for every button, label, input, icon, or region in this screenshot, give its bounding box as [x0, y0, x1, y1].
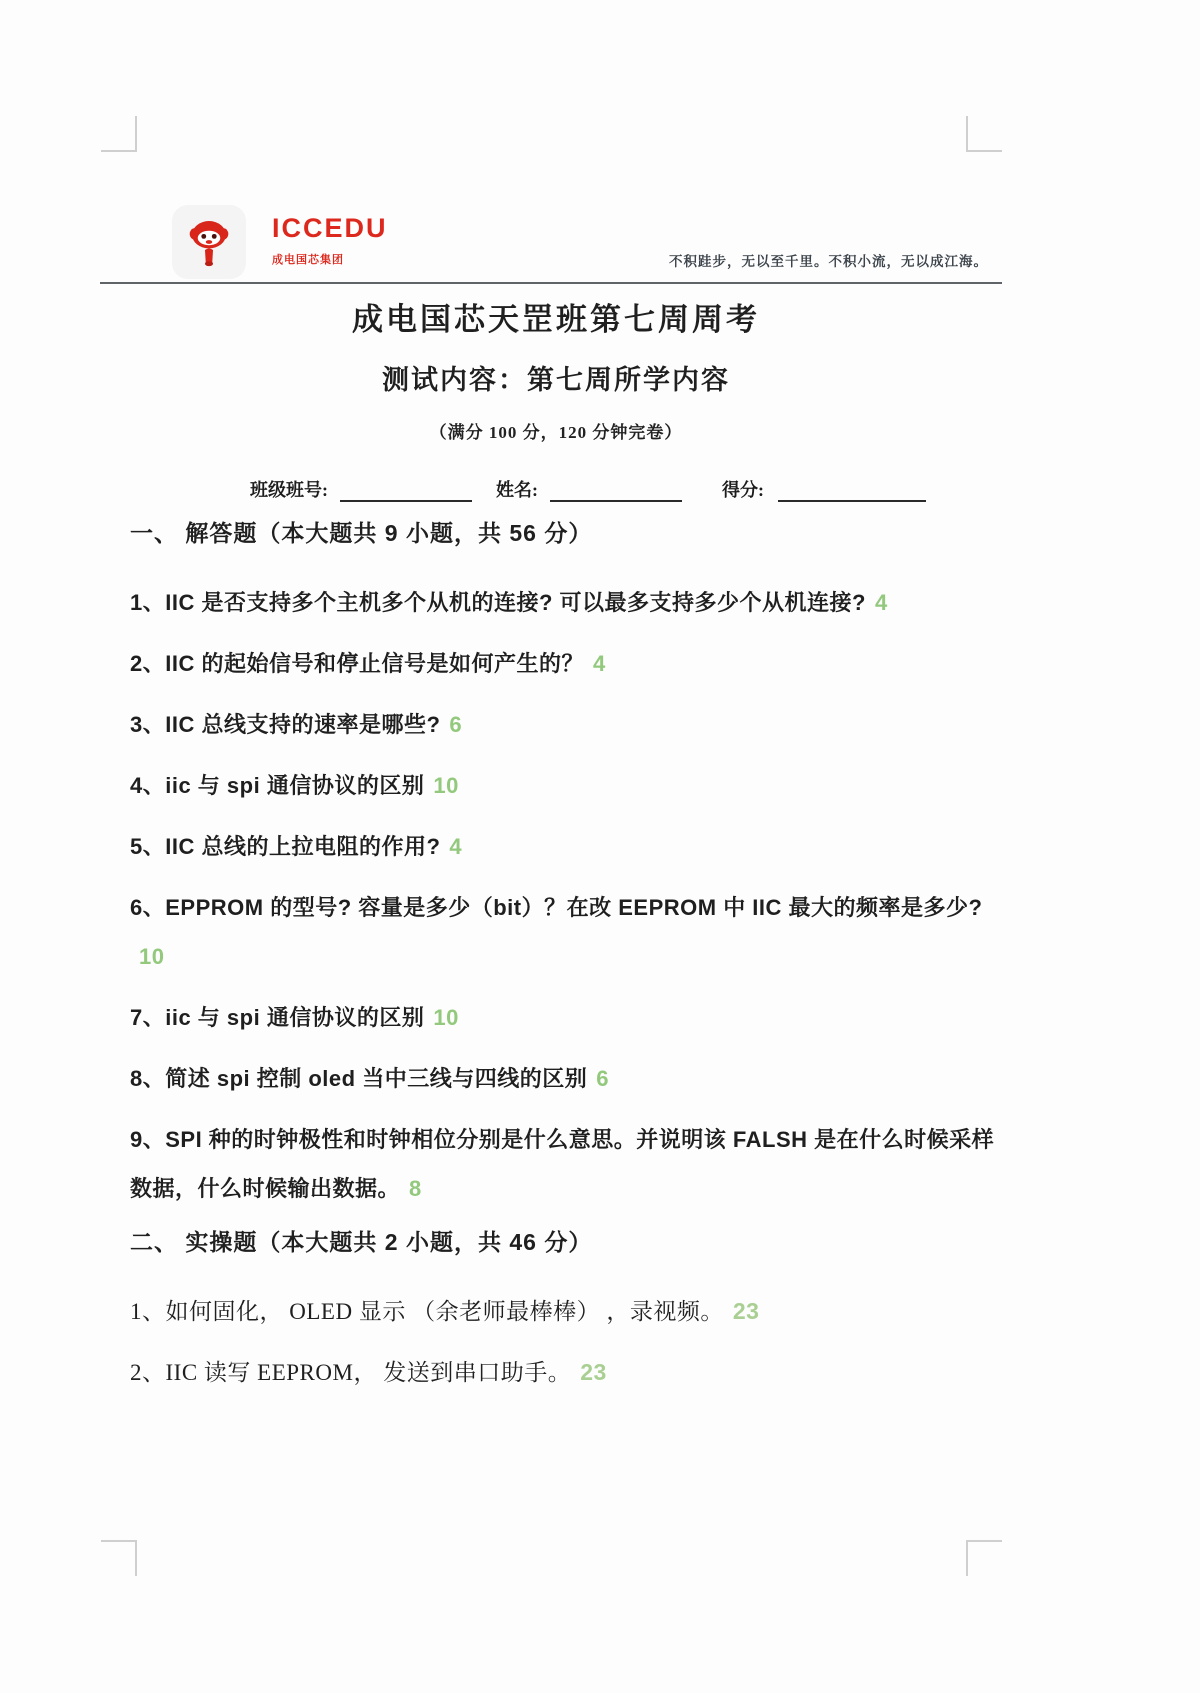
exam-title: 成电国芯天罡班第七周周考	[100, 294, 1012, 339]
question-9-score: 8	[409, 1176, 422, 1201]
class-field-label: 班级班号:	[250, 476, 328, 502]
question-7-text: 7、iic 与 spi 通信协议的区别	[130, 1005, 424, 1030]
practical-question-2-text: 2、IIC 读写 EEPROM， 发送到串口助手。	[130, 1360, 571, 1385]
question-9: 9、SPI 种的时钟极性和时钟相位分别是什么意思。并说明该 FALSH 是在什么…	[130, 1115, 1010, 1213]
question-3-text: 3、IIC 总线支持的速率是哪些?	[130, 712, 440, 737]
question-1-text: 1、IIC 是否支持多个主机多个从机的连接? 可以最多支持多少个从机连接?	[130, 590, 866, 615]
question-8: 8、简述 spi 控制 oled 当中三线与四线的区别6	[130, 1054, 1010, 1103]
exam-score-note: （满分 100 分，120 分钟完卷）	[100, 418, 1012, 443]
question-1: 1、IIC 是否支持多个主机多个从机的连接? 可以最多支持多少个从机连接?4	[130, 578, 1010, 627]
section-practical-questions: 二、 实操题（本大题共 2 小题，共 46 分） 1、如何固化， OLED 显示…	[130, 1227, 1010, 1397]
question-5-score: 4	[449, 834, 462, 859]
question-8-text: 8、简述 spi 控制 oled 当中三线与四线的区别	[130, 1066, 587, 1091]
question-7: 7、iic 与 spi 通信协议的区别10	[130, 993, 1010, 1042]
brand-logo: ICCEDU 成电国芯集团	[172, 205, 388, 279]
name-blank-line	[550, 478, 682, 502]
question-2-score: 4	[593, 651, 606, 676]
question-6-score: 10	[139, 944, 164, 969]
class-blank-line	[340, 478, 472, 502]
question-6: 6、EPPROM 的型号? 容量是多少（bit）？在改 EEPROM 中 IIC…	[130, 883, 1010, 981]
section-1-heading: 一、 解答题（本大题共 9 小题，共 56 分）	[130, 518, 1010, 548]
header-quote: 不积跬步，无以至千里。不积小流，无以成江海。	[669, 250, 988, 270]
practical-question-1-score: 23	[733, 1298, 760, 1324]
header-divider	[100, 282, 1002, 284]
practical-question-1: 1、如何固化， OLED 显示 （余老师最棒棒） ，录视频。23	[130, 1287, 1010, 1336]
brand-tagline: 成电国芯集团	[272, 251, 388, 267]
practical-question-1-text: 1、如何固化， OLED 显示 （余老师最棒棒） ，录视频。	[130, 1299, 724, 1324]
question-4: 4、iic 与 spi 通信协议的区别10	[130, 761, 1010, 810]
score-blank-line	[778, 478, 926, 502]
question-6-text: 6、EPPROM 的型号? 容量是多少（bit）？在改 EEPROM 中 IIC…	[130, 895, 982, 920]
practical-question-2-score: 23	[580, 1359, 607, 1385]
student-info-line: 班级班号: 姓名: 得分:	[250, 476, 930, 502]
score-field-label: 得分:	[722, 476, 764, 502]
exam-page: ICCEDU 成电国芯集团 不积跬步，无以至千里。不积小流，无以成江海。 成电国…	[0, 0, 1200, 1693]
question-5: 5、IIC 总线的上拉电阻的作用?4	[130, 822, 1010, 871]
question-4-text: 4、iic 与 spi 通信协议的区别	[130, 773, 424, 798]
question-2: 2、IIC 的起始信号和停止信号是如何产生的？4	[130, 639, 1010, 688]
question-8-score: 6	[596, 1066, 609, 1091]
question-5-text: 5、IIC 总线的上拉电阻的作用?	[130, 834, 440, 859]
practical-question-2: 2、IIC 读写 EEPROM， 发送到串口助手。23	[130, 1348, 1010, 1397]
question-4-score: 10	[433, 773, 458, 798]
exam-body: 一、 解答题（本大题共 9 小题，共 56 分） 1、IIC 是否支持多个主机多…	[130, 518, 1010, 1409]
brand-text-block: ICCEDU 成电国芯集团	[272, 205, 388, 267]
section-2-heading: 二、 实操题（本大题共 2 小题，共 46 分）	[130, 1227, 1010, 1257]
crop-mark-top-left	[101, 116, 137, 152]
name-field-label: 姓名:	[496, 476, 538, 502]
question-9-text: 9、SPI 种的时钟极性和时钟相位分别是什么意思。并说明该 FALSH 是在什么…	[130, 1127, 994, 1201]
question-3-score: 6	[449, 712, 462, 737]
question-2-text: 2、IIC 的起始信号和停止信号是如何产生的？	[130, 651, 584, 676]
crop-mark-top-right	[966, 116, 1002, 152]
question-1-score: 4	[875, 590, 888, 615]
brand-name: ICCEDU	[272, 213, 388, 244]
section-answer-questions: 一、 解答题（本大题共 9 小题，共 56 分） 1、IIC 是否支持多个主机多…	[130, 518, 1010, 1213]
question-7-score: 10	[433, 1005, 458, 1030]
crop-mark-bottom-right	[966, 1540, 1002, 1576]
mascot-icon	[172, 205, 246, 279]
exam-subtitle: 测试内容：第七周所学内容	[100, 358, 1012, 397]
question-3: 3、IIC 总线支持的速率是哪些?6	[130, 700, 1010, 749]
crop-mark-bottom-left	[101, 1540, 137, 1576]
